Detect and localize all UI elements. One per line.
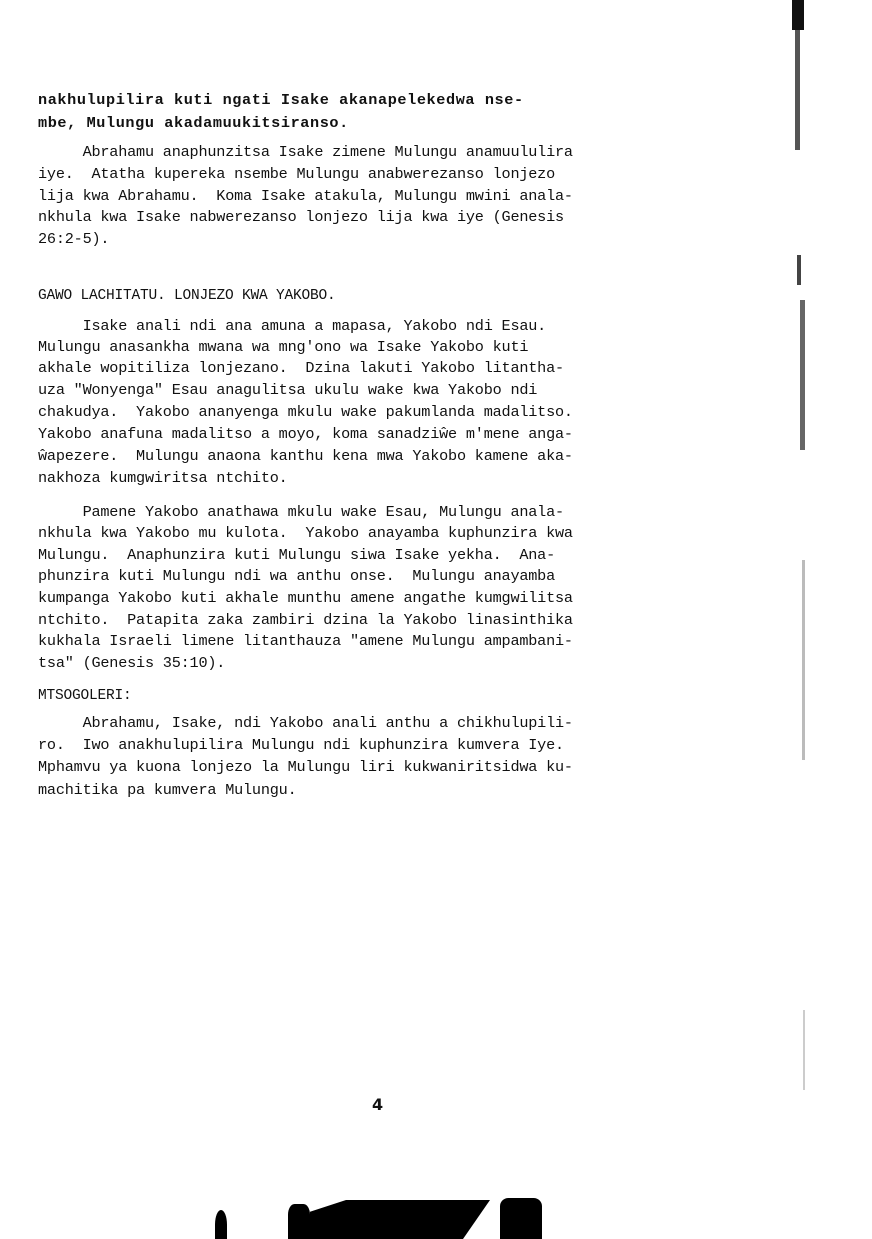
section-heading: GAWO LACHITATU. LONJEZO KWA YAKOBO. xyxy=(38,286,336,307)
page-number: 4 xyxy=(372,1095,383,1114)
paragraph3-line: kumpanga Yakobo kuti akhale munthu amene… xyxy=(38,588,573,609)
paragraph3-line: Pamene Yakobo anathawa mkulu wake Esau, … xyxy=(38,502,564,523)
paragraph1-line: 26:2-5). xyxy=(38,229,109,250)
paragraph2-line: nakhoza kumgwiritsa ntchito. xyxy=(38,468,288,489)
intro-line-1: nakhulupilira kuti ngati Isake akanapele… xyxy=(38,90,524,111)
scan-edge-artifact xyxy=(802,560,805,760)
paragraph2-line: Mulungu anasankha mwana wa mng'ono wa Is… xyxy=(38,337,528,358)
image-blob xyxy=(310,1200,490,1239)
scan-edge-artifact xyxy=(803,1010,805,1090)
paragraph1-line: lija kwa Abrahamu. Koma Isake atakula, M… xyxy=(38,186,573,207)
paragraph1-line: Abrahamu anaphunzitsa Isake zimene Mulun… xyxy=(38,142,573,163)
paragraph3-line: Mulungu. Anaphunzira kuti Mulungu siwa I… xyxy=(38,545,555,566)
image-blob xyxy=(288,1204,310,1239)
paragraph2-line: akhale wopitiliza lonjezano. Dzina lakut… xyxy=(38,358,564,379)
image-blob xyxy=(215,1210,227,1239)
scan-edge-artifact xyxy=(795,30,800,150)
paragraph3-line: kukhala Israeli limene litanthauza "amen… xyxy=(38,631,573,652)
scan-edge-artifact xyxy=(792,0,804,30)
paragraph3-line: nkhula kwa Yakobo mu kulota. Yakobo anay… xyxy=(38,523,573,544)
scan-edge-artifact xyxy=(800,300,805,450)
paragraph2-line: chakudya. Yakobo ananyenga mkulu wake pa… xyxy=(38,402,573,423)
scan-edge-artifact xyxy=(797,255,801,285)
paragraph1-line: nkhula kwa Isake nabwerezanso lonjezo li… xyxy=(38,207,564,228)
paragraph2-line: uza "Wonyenga" Esau anagulitsa ukulu wak… xyxy=(38,380,537,401)
paragraph3-line: phunzira kuti Mulungu ndi wa anthu onse.… xyxy=(38,566,555,587)
paragraph2-line: ŵapezere. Mulungu anaona kanthu kena mwa… xyxy=(38,446,573,467)
intro-line-2: mbe, Mulungu akadamuukitsiranso. xyxy=(38,113,349,134)
paragraph4-line: ro. Iwo anakhulupilira Mulungu ndi kuphu… xyxy=(38,735,564,756)
summary-heading: MTSOGOLERI: xyxy=(38,686,132,707)
paragraph2-line: Yakobo anafuna madalitso a moyo, koma sa… xyxy=(38,424,573,445)
paragraph3-line: ntchito. Patapita zaka zambiri dzina la … xyxy=(38,610,573,631)
paragraph4-line: Abrahamu, Isake, ndi Yakobo anali anthu … xyxy=(38,713,573,734)
paragraph4-line: machitika pa kumvera Mulungu. xyxy=(38,780,297,801)
paragraph3-line: tsa" (Genesis 35:10). xyxy=(38,653,225,674)
paragraph2-line: Isake anali ndi ana amuna a mapasa, Yako… xyxy=(38,316,546,337)
paragraph4-line: Mphamvu ya kuona lonjezo la Mulungu liri… xyxy=(38,757,573,778)
paragraph1-line: iye. Atatha kupereka nsembe Mulungu anab… xyxy=(38,164,555,185)
image-blob xyxy=(500,1198,542,1239)
